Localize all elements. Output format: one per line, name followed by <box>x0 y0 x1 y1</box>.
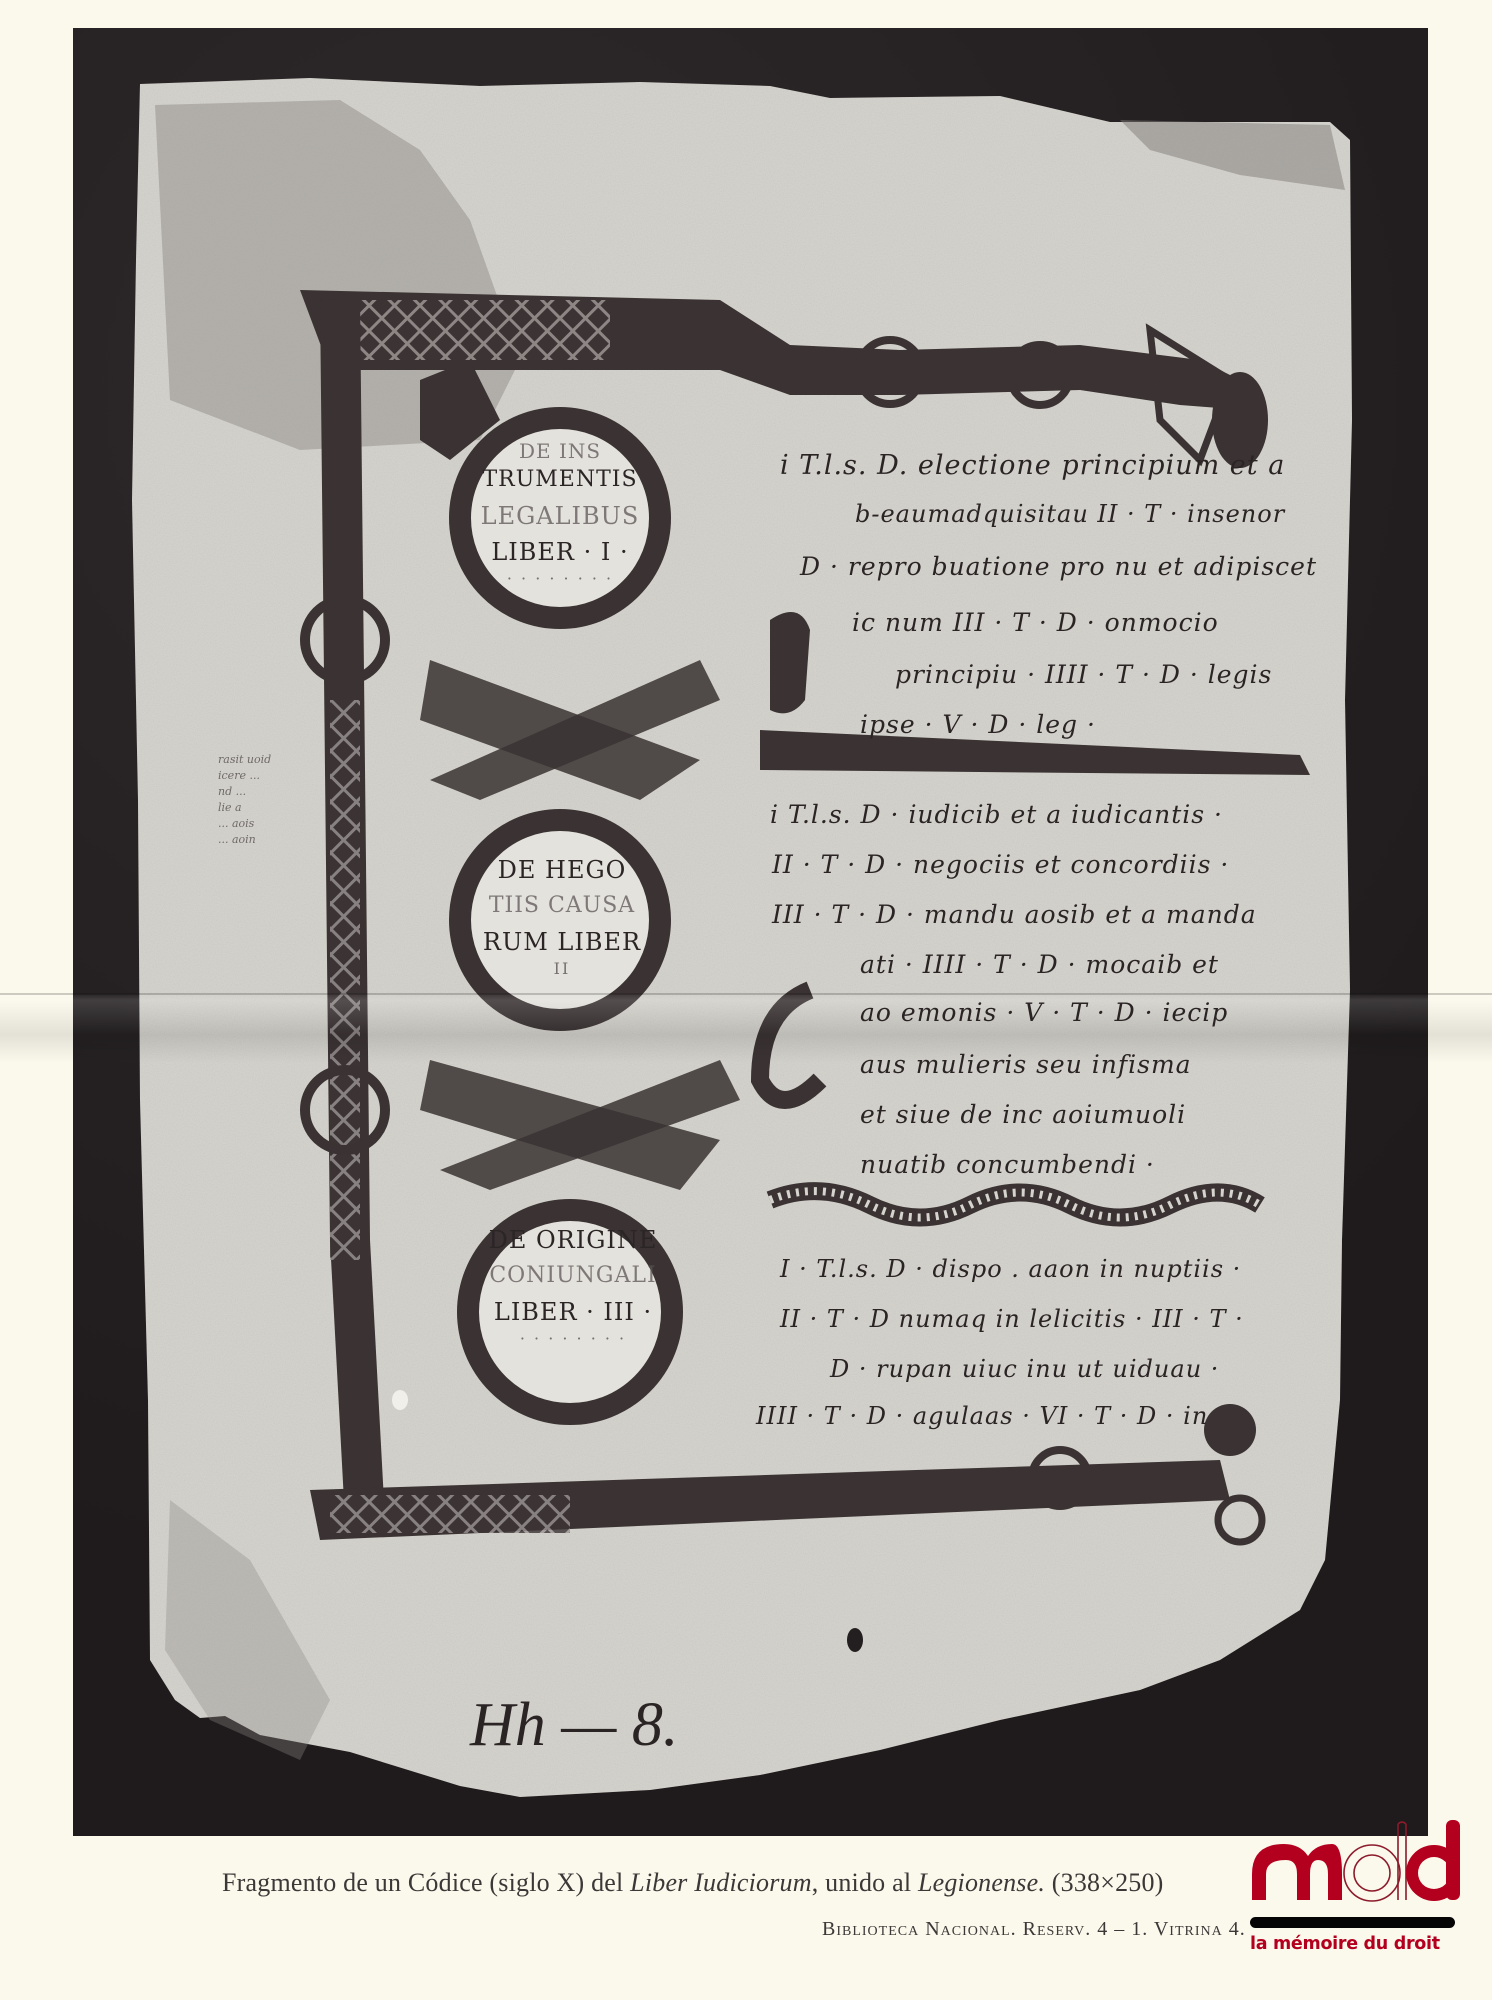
roundel-1-line-3: LEGALIBUS <box>470 498 650 534</box>
ms-line: ic num III · T · D · onmocio <box>852 608 1219 637</box>
margin-note: rasit uoid icere ... nd ... lie a ... ao… <box>218 752 271 848</box>
logo-divider-bar <box>1250 1917 1455 1928</box>
ms-line: III · T · D · mandu aosib et a manda <box>772 900 1257 929</box>
roundel-3-line-2: CONIUNGALI <box>478 1258 668 1294</box>
roundel-3-line-1: DE ORIGINE <box>478 1222 668 1258</box>
ms-line: i T.l.s. D · iudicib et a iudicantis · <box>770 800 1223 829</box>
roundel-3-line-3: LIBER · III · <box>478 1294 668 1330</box>
roundel-2-text: DE HEGO TIIS CAUSA RUM LIBER II <box>472 852 652 978</box>
roundel-2-line-2: TIIS CAUSA <box>472 888 652 924</box>
library-credit: Biblioteca Nacional. Reserv. 4 – 1. Vitr… <box>822 1918 1246 1941</box>
ms-line: I · T.l.s. D · dispo . aaon in nuptiis · <box>780 1255 1241 1283</box>
logo-tagline: la mémoire du droit <box>1250 1934 1460 1954</box>
roundel-3-text: DE ORIGINE CONIUNGALI LIBER · III · · · … <box>478 1222 668 1348</box>
ms-line: D · rupan uiuc inu ut uiduau · <box>830 1355 1219 1383</box>
roundel-2-line-1: DE HEGO <box>472 852 652 888</box>
logo-letter-d-outline <box>1344 1822 1406 1901</box>
roundel-1-line-1: DE INS <box>470 440 650 462</box>
ms-line: ati · IIII · T · D · mocaib et <box>860 950 1219 979</box>
ms-line: II · T · D numaq in lelicitis · III · T … <box>780 1305 1244 1333</box>
ms-line: ao emonis · V · T · D · iecip <box>860 998 1228 1027</box>
roundel-1-line-4: LIBER · I · <box>470 534 650 570</box>
ms-line: nuatib concumbendi · <box>860 1150 1155 1179</box>
roundel-1-line-2: TRUMENTIS <box>470 462 650 498</box>
caption-middle: , unido al <box>812 1868 918 1897</box>
logo-letter-d-solid <box>1406 1820 1460 1901</box>
caption-dimensions: (338×250) <box>1045 1868 1163 1897</box>
ms-line: D · repro buatione pro nu et adipiscet <box>800 552 1317 581</box>
logo-letter-m <box>1252 1844 1342 1900</box>
gutter-fold-line <box>0 993 1492 995</box>
ms-line: II · T · D · negociis et concordiis · <box>772 850 1229 879</box>
manuscript-plate-illustration <box>0 0 1492 2000</box>
ms-line: b-eaumadquisitau II · T · insenor <box>855 500 1285 528</box>
ms-line: IIII · T · D · agulaas · VI · T · D · in <box>756 1402 1208 1430</box>
caption-prefix: Fragmento de un Códice (siglo X) del <box>222 1868 630 1897</box>
roundel-1-footnote: · · · · · · · · <box>470 570 650 588</box>
roundel-2-line-4: II <box>472 960 652 978</box>
ms-line: principiu · IIII · T · D · legis <box>895 660 1272 689</box>
ms-line: i T.l.s. D. electione principium et a <box>780 450 1285 481</box>
ms-line: et siue de inc aoiumuoli <box>860 1100 1186 1129</box>
roundel-1-text: DE INS TRUMENTIS LEGALIBUS LIBER · I · ·… <box>470 440 650 588</box>
roundel-3-footnote: · · · · · · · · <box>478 1330 668 1348</box>
shelfmark-inscription: Hh — 8. <box>470 1690 678 1761</box>
ms-line: ipse · V · D · leg · <box>860 710 1096 739</box>
caption-work-title: Liber Iudiciorum <box>630 1868 812 1897</box>
caption-codex-name: Legionense. <box>918 1868 1045 1897</box>
ms-line: aus mulieris seu infisma <box>860 1050 1192 1079</box>
plate-caption: Fragmento de un Códice (siglo X) del Lib… <box>222 1868 1164 1898</box>
roundel-2-line-3: RUM LIBER <box>472 924 652 960</box>
